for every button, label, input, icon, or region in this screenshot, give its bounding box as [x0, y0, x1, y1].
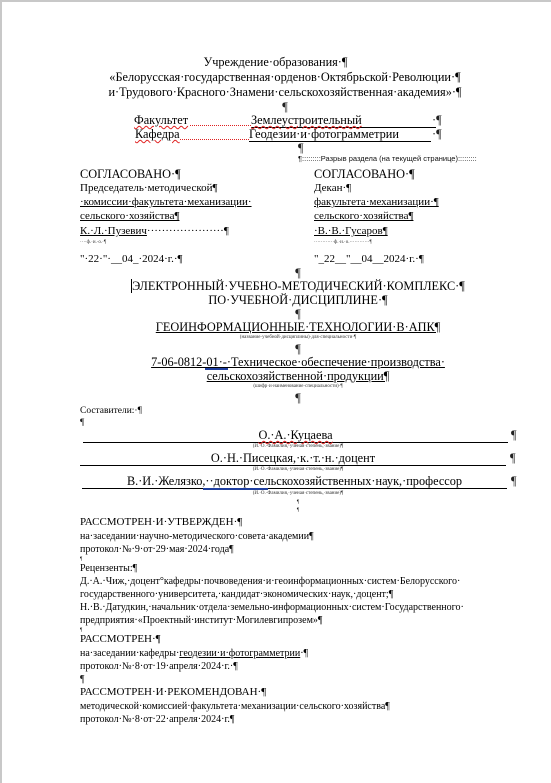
department-row: Кафедра [135, 127, 180, 141]
faculty-label: Факультет [134, 113, 188, 127]
considered-line-1: на·заседании·кафедры·геодезии·и·фотограм… [80, 648, 308, 660]
pilcrow: ¶ [0, 500, 551, 506]
reviewer-2-line-2: предприятия·«Проектный·институт·Могилевг… [80, 615, 322, 627]
complex-title-line-2: ПО·УЧЕБНОЙ·ДИСЦИПЛИНЕ·¶ [0, 293, 551, 307]
approval-right-line-3: сельского·хозяйства¶ [314, 210, 413, 223]
specialty-caption: (шифр·и·наименование·специальности)·¶ [0, 384, 551, 390]
reviewers-label: Рецензенты:¶ [80, 563, 137, 575]
department-pilcrow: ·¶ [432, 127, 442, 141]
department-spacer [180, 139, 249, 140]
author-3-caption: (И.·О.·Фамилия,·ученая·степень,·звание)¶ [0, 491, 551, 497]
author-1-caption: (И.·О.·Фамилия,·ученая·степень,·звание)¶ [0, 444, 551, 450]
approval-right-title: СОГЛАСОВАНО·¶ [314, 167, 415, 181]
approval-right-date: "_22__"__04__2024·г.·¶ [314, 253, 424, 266]
approval-left-fio-caption: ····ф.·и.·о.·¶ [80, 240, 106, 246]
pilcrow: ¶ [298, 141, 304, 155]
considered-title: РАССМОТРЕН·¶ [80, 633, 161, 646]
approval-left-line-1: Председатель·методической¶ [80, 182, 217, 195]
department-label: Кафедра [135, 127, 180, 141]
approval-left-title: СОГЛАСОВАНО·¶ [80, 167, 181, 181]
faculty-pilcrow: ·¶ [432, 113, 442, 127]
considered-line-2: протокол·№·8·от·19·апреля·2024·г.·¶ [80, 661, 238, 673]
pilcrow: ¶ [0, 100, 551, 114]
header-line-2: «Белорусская·государственная·орденов·Окт… [0, 70, 551, 84]
recommended-line-2: протокол·№·8·от·22·апреля·2024·г.¶ [80, 714, 234, 726]
pilcrow: ¶ [0, 307, 551, 321]
pilcrow: ¶ [0, 391, 551, 405]
pilcrow: ¶ [511, 474, 517, 488]
author-1: О.·А.·Куцаева [83, 428, 508, 443]
approved-line-1: на·заседании·научно-методического·совета… [80, 531, 314, 543]
complex-title-line-1: ЭЛЕКТРОННЫЙ·УЧЕБНО-МЕТОДИЧЕСКИЙ·КОМПЛЕКС… [0, 279, 551, 293]
author-2-caption: (И.·О.·Фамилия,·ученая·степень,·звание)¶ [0, 467, 551, 473]
pilcrow: ¶ [510, 451, 516, 465]
specialty-line-1: 7-06-0812-01·-·Техническое·обеспечение·п… [0, 355, 551, 369]
header-line-1: Учреждение·образования·¶ [0, 55, 551, 69]
document-page[interactable]: Учреждение·образования·¶ «Белорусская·го… [0, 0, 551, 783]
faculty-row: Факультет [134, 113, 188, 127]
recommended-title: РАССМОТРЕН·И·РЕКОМЕНДОВАН·¶ [80, 686, 266, 699]
discipline-title: ГЕОИНФОРМАЦИОННЫЕ·ТЕХНОЛОГИИ·В·АПК¶ [0, 320, 551, 334]
pilcrow: ¶ [0, 342, 551, 356]
author-2: О.·Н.·Писецкая,·к.·т.·н.·доцент [80, 451, 506, 466]
header-line-3: и·Трудового·Красного·Знамени·сельскохозя… [0, 85, 551, 99]
approval-right-fio-caption: ············ф.·и.·о.············¶ [314, 240, 372, 246]
reviewer-1-line-2: государственного·университета,·кандидат·… [80, 589, 393, 601]
approval-left-line-3: сельского·хозяйства¶ [80, 210, 179, 223]
faculty-spacer [190, 125, 251, 126]
grammar-mark [203, 488, 268, 490]
specialty-line-2: сельскохозяйственной·продукции¶ [0, 369, 551, 383]
reviewer-2-line-1: Н.·В.·Датудкин,·начальник·отдела·земельн… [80, 602, 464, 614]
approved-line-2: протокол·№·9·от·29·мая·2024·года¶ [80, 544, 234, 556]
pilcrow: ¶ [80, 674, 85, 686]
authors-label: Составители:·¶ [80, 406, 142, 417]
approval-left-name-row: К.·Л.·Пузевич·····················¶ [80, 225, 229, 238]
discipline-caption: (название·учебной·дисциплины)·для·специа… [0, 335, 551, 341]
recommended-line-1: методической·комиссией·факультета·механи… [80, 701, 390, 713]
approval-right-line-1: Декан·¶ [314, 182, 351, 195]
approved-title: РАССМОТРЕН·И·УТВЕРЖДЕН·¶ [80, 516, 242, 529]
section-break-marker: ¶:::::::::Разрыв раздела (на текущей стр… [298, 154, 477, 164]
author-3: В.·И.·Желязко,··доктор·сельскохозяйствен… [82, 474, 507, 489]
approval-right-name: ·В.·В.·Гусаров¶ [314, 225, 388, 238]
pilcrow: ¶ [511, 428, 517, 442]
approval-left-date: "·22·"·__04_·2024·г.·¶ [80, 253, 182, 266]
pilcrow: ¶ [0, 508, 551, 514]
approval-right-line-2: факультета·механизации·¶ [314, 196, 439, 209]
department-value: Геодезии·и·фотограмметрии [249, 127, 431, 142]
approval-left-line-2: ·комиссии·факультета·механизации· [80, 196, 252, 209]
faculty-value: Землеустроительный [251, 113, 436, 128]
pilcrow: ¶ [0, 266, 551, 280]
approval-left-name: К.·Л.·Пузевич [80, 225, 147, 237]
reviewer-1-line-1: Д.·А.·Чиж,·доцент°кафедры·почвоведения·и… [80, 576, 460, 588]
